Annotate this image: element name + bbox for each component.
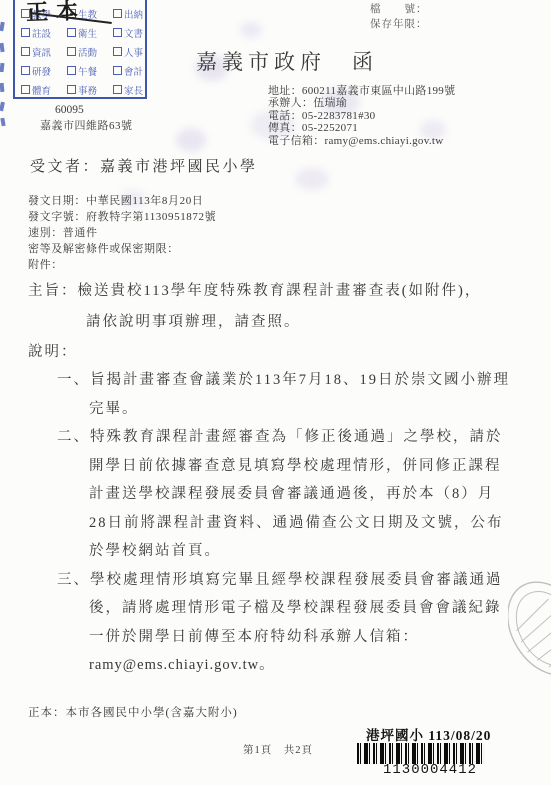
left-edge-print-fragment [0,43,5,52]
item-line-email: ramy@ems.chiayi.gov.tw。 [57,651,528,680]
sender-address: 嘉義市四維路63號 [40,117,133,133]
attachment-label: 附件： [28,257,216,273]
watermark-smudge [295,168,329,190]
dept-label: 活動 [78,45,97,59]
item-line: 28日前將課程計畫資料、通過備查公文日期及文號，公布 [57,509,528,538]
contact-officer: 承辦人：伍瑞瑜 [268,97,455,109]
checkbox-icon [113,85,122,94]
security-class: 密等及解密條件或保密期限： [28,241,216,257]
item-line: 後，請將處理情形電子檔及學校課程發展委員會會議紀錄 [57,594,528,623]
checkbox-icon [113,9,122,18]
item-line: 一併於開學日前傳至本府特幼科承辦人信箱： [57,623,528,652]
sender-zip: 60095 [55,104,84,116]
dept-label: 資訊 [32,45,51,59]
dept-checkbox-item: 體育 [21,80,67,99]
issue-number: 發文字號：府教特字第1130951872號 [28,209,216,225]
checkbox-icon [21,85,30,94]
contact-address: 地址：600211嘉義市東區中山路199號 [268,85,455,97]
left-edge-print-fragment [0,22,5,32]
partial-oval-stamp [508,580,551,690]
item-line: 完畢。 [57,395,528,424]
retention-label: 保存年限： [370,17,428,32]
document-meta-block: 發文日期：中華民國113年8月20日 發文字號：府教特字第1130951872號… [28,193,216,273]
item-1: 一、旨揭計畫審查會議業於113年7月18、19日於崇文國小辦理 完畢。 [57,366,528,423]
copy-to-line: 正本：本市各國民中小學(含嘉大附小) [28,704,238,720]
dept-label: 家長 [124,83,143,97]
dept-checkbox-item: 出納 [113,4,153,23]
item-text: 學校處理情形填寫完畢且經學校課程發展委員會審議通過 [90,572,503,588]
checkbox-icon [113,47,122,56]
issue-date: 發文日期：中華民國113年8月20日 [28,193,216,209]
dept-label: 衛生 [78,26,97,40]
item-line: 計畫送學校課程發展委員會審議通過後，再於本（8）月 [57,480,528,509]
dept-label: 註設 [32,26,51,40]
item-2: 二、特殊教育課程計畫經審查為「修正後通過」之學校，請於 開學日前依據審查意見填寫… [57,423,528,566]
dept-label: 會計 [124,64,143,78]
file-number-label: 檔 號： [370,2,428,17]
watermark-smudge [240,22,262,38]
checkbox-icon [113,66,122,75]
school-receive-stamp: 港坪國小 113/08/20 [366,724,491,744]
document-title: 嘉義市政府 函 [196,46,378,76]
checkbox-icon [113,28,122,37]
item-line: 於學校網站首頁。 [57,537,528,566]
dept-label: 事務 [78,83,97,97]
checkbox-icon [21,66,30,75]
subject-line: 主旨：檢送貴校113學年度特殊教育課程計畫審查表(如附件)， [28,276,528,307]
dept-checkbox-item: 衛生 [67,23,113,42]
checkbox-icon [67,28,76,37]
checkbox-icon [21,28,30,37]
checkbox-icon [67,66,76,75]
dept-checkbox-item: 文書 [113,23,153,42]
dept-checkbox-item: 活動 [67,42,113,61]
dept-label: 文書 [124,26,143,40]
dept-checkbox-item: 會計 [113,61,153,80]
letter-body: 主旨：檢送貴校113學年度特殊教育課程計畫審查表(如附件)， 請依說明事項辦理，… [28,276,528,680]
dept-checkbox-item: 研發 [21,61,67,80]
item-3: 三、學校處理情形填寫完畢且經學校課程發展委員會審議通過 後，請將處理情形電子檔及… [57,566,528,680]
item-number: 三、 [57,572,90,588]
checkbox-icon [67,85,76,94]
left-edge-print-fragment [0,63,4,72]
dept-checkbox-item: 午餐 [67,61,113,80]
dept-label: 人事 [124,45,143,59]
contact-fax: 傳真：05-2252071 [268,122,455,134]
item-line: 一、旨揭計畫審查會議業於113年7月18、19日於崇文國小辦理 [57,366,528,395]
contact-block: 地址：600211嘉義市東區中山路199號 承辦人：伍瑞瑜 電話：05-2283… [268,85,455,147]
checkbox-icon [67,47,76,56]
file-number-block: 檔 號： 保存年限： [370,2,428,32]
item-number: 二、 [57,429,90,445]
checkbox-icon [21,47,30,56]
dept-label: 研發 [32,64,51,78]
left-edge-print-fragment [0,118,5,127]
item-line: 三、學校處理情形填寫完畢且經學校課程發展委員會審議通過 [57,566,528,595]
item-line: 二、特殊教育課程計畫經審查為「修正後通過」之學校，請於 [57,423,528,452]
item-text: 旨揭計畫審查會議業於113年7月18、19日於崇文國小辦理 [90,372,510,388]
barcode [357,743,485,764]
barcode-number: 1130004412 [383,762,477,778]
dept-checkbox-item: 資訊 [21,42,67,61]
left-edge-print-fragment [0,102,5,112]
dept-label: 出納 [124,7,143,21]
subject-line: 請依說明事項辦理，請查照。 [28,307,528,338]
dept-label: 午餐 [78,64,97,78]
dept-checkbox-item: 人事 [113,42,153,61]
dept-label: 體育 [32,83,51,97]
contact-phone: 電話：05-2283781#30 [268,110,455,122]
subject-text: 檢送貴校113學年度特殊教育課程計畫審查表(如附件)， [78,283,482,299]
item-text: 特殊教育課程計畫經審查為「修正後通過」之學校，請於 [90,429,503,445]
watermark-smudge [176,128,206,152]
recipient-line: 受文者：嘉義市港坪國民小學 [30,155,258,176]
dept-checkbox-item: 家長 [113,80,153,99]
subject-label: 主旨： [28,283,78,299]
scanned-official-letter: 教學 生教 出納 註設 衛生 文書 資訊 活動 人事 研發 午餐 會計 體育 事… [0,0,551,785]
description-label: 說明： [28,338,528,366]
page-number: 第1頁 共2頁 [243,742,313,757]
left-edge-print-fragment [0,83,4,92]
item-number: 一、 [57,372,90,388]
dept-checkbox-item: 事務 [67,80,113,99]
speed-class: 速別：普通件 [28,225,216,241]
item-line: 開學日前依據審查意見填寫學校處理情形，併同修正課程 [57,452,528,481]
contact-email: 電子信箱：ramy@ems.chiayi.gov.tw [268,135,455,147]
